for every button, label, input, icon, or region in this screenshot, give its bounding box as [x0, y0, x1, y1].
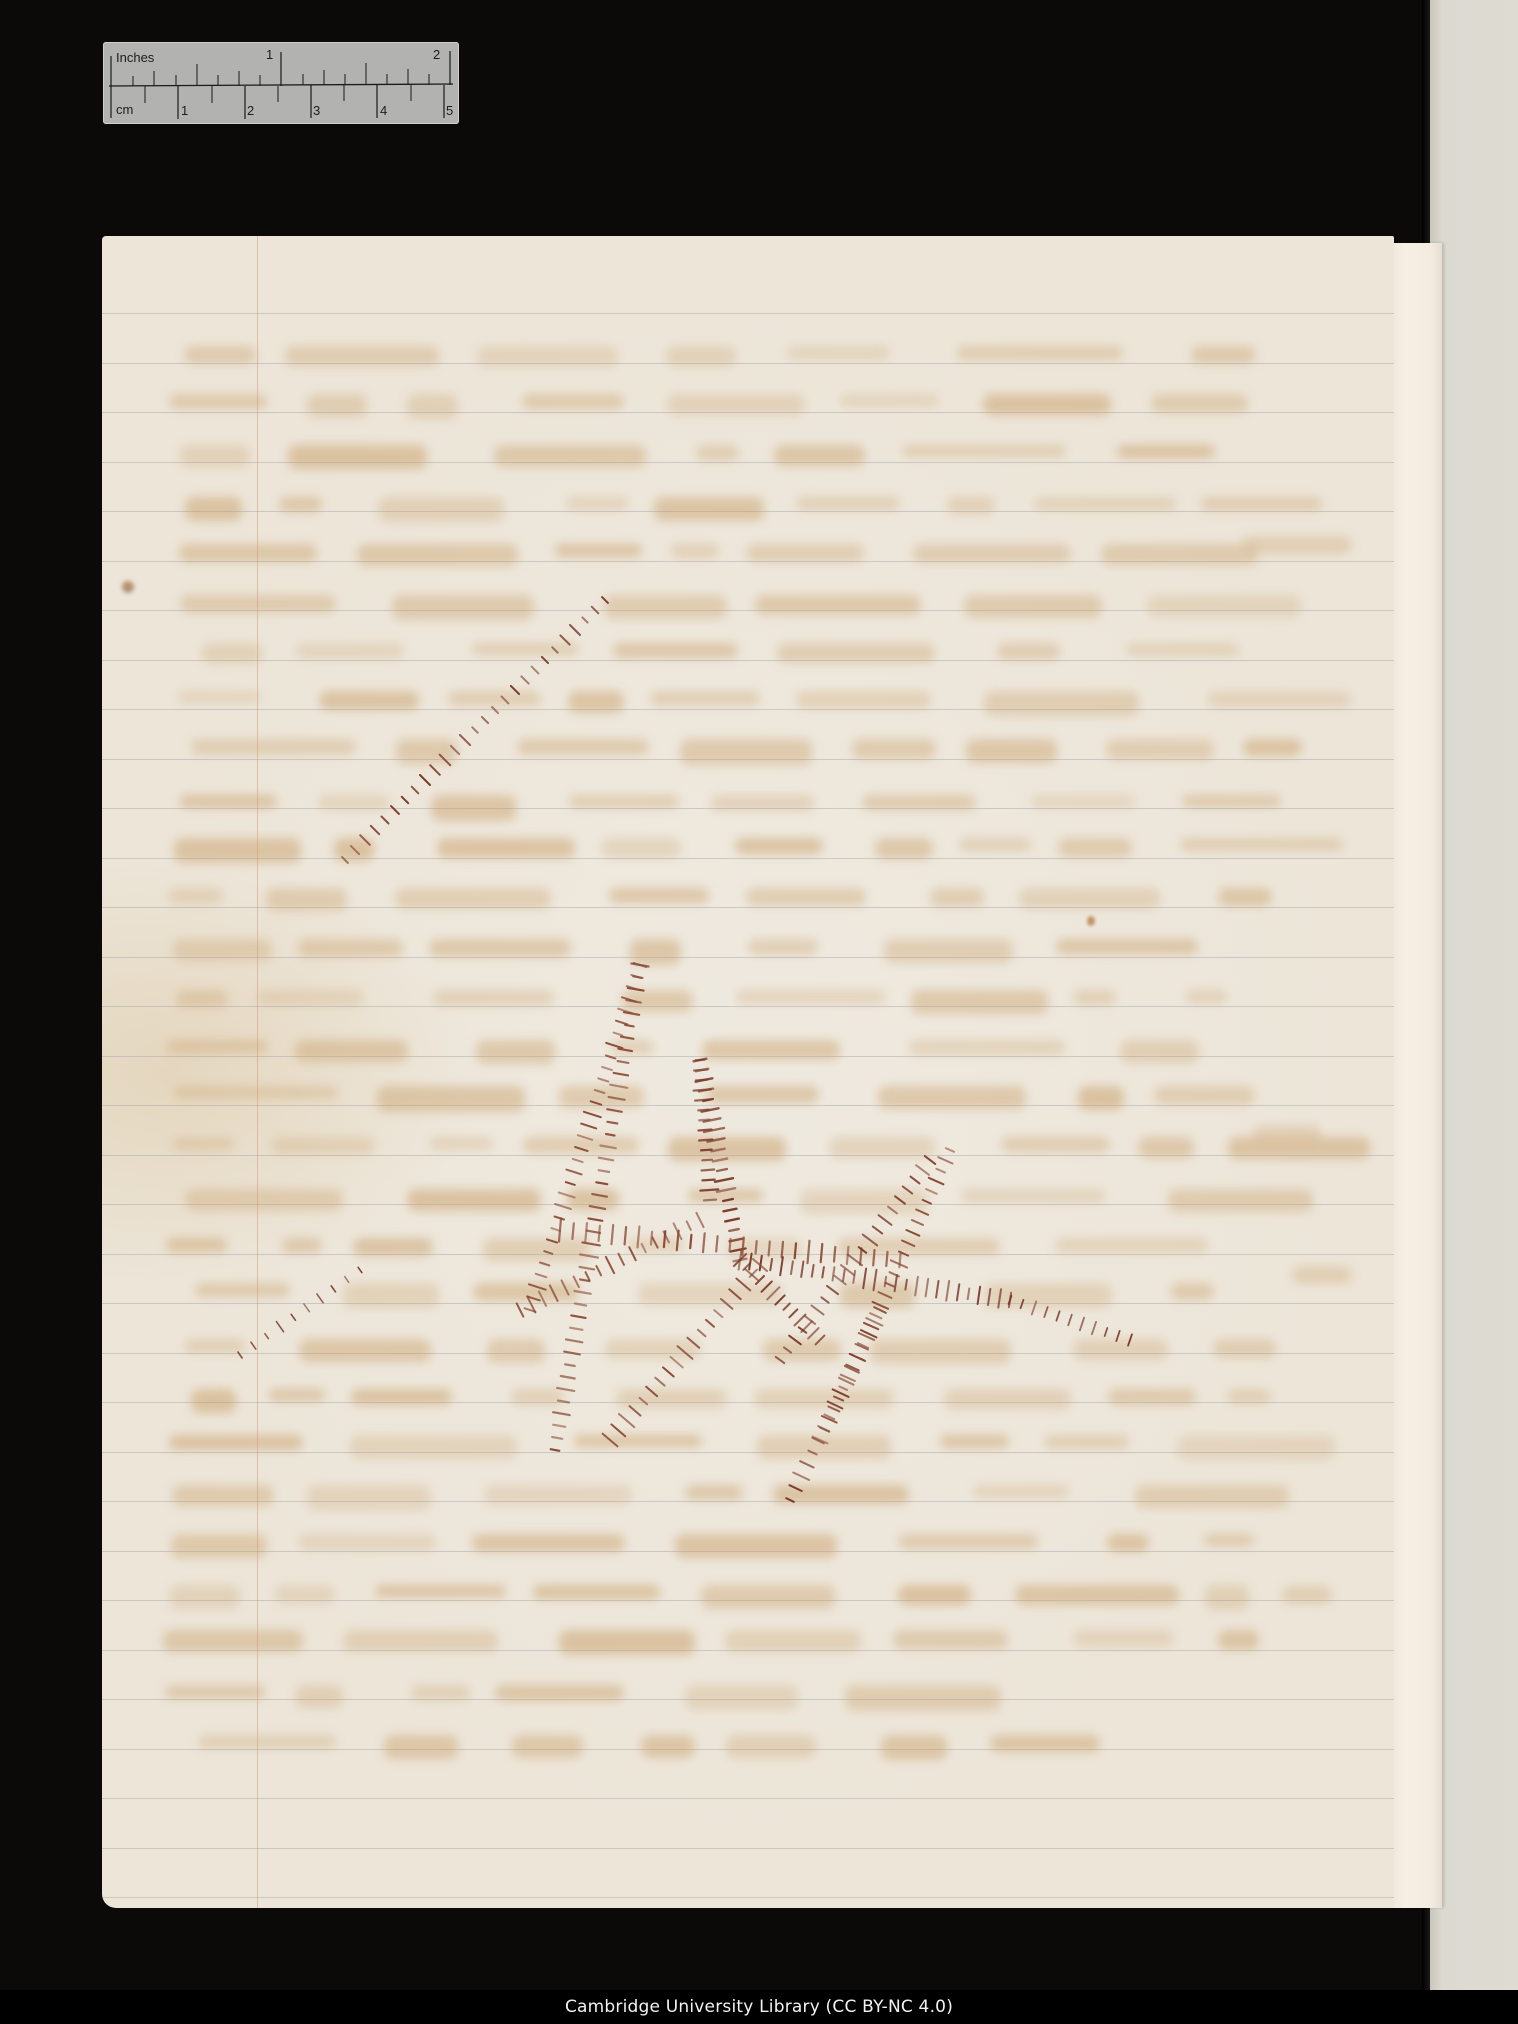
inch-mark-2: 2 — [433, 47, 440, 62]
cm-mark-3: 3 — [313, 103, 320, 118]
manuscript-page — [102, 236, 1394, 1908]
inch-mark-1: 1 — [266, 47, 273, 62]
archival-scan: Inches 1 2 cm 1 2 3 4 5 Cambridge Univer… — [0, 0, 1518, 2024]
inches-label: Inches — [116, 50, 154, 65]
credit-text: Cambridge University Library (CC BY-NC 4… — [565, 1997, 953, 2017]
mount-board — [1430, 0, 1518, 1990]
ink-sketch — [102, 236, 1394, 1908]
mount-strip — [1390, 243, 1442, 1908]
ruler-ticks — [103, 42, 459, 124]
footer: Cambridge University Library (CC BY-NC 4… — [0, 1990, 1518, 2024]
cm-mark-5: 5 — [446, 103, 453, 118]
cm-mark-1: 1 — [181, 103, 188, 118]
cm-mark-4: 4 — [380, 103, 387, 118]
scale-ruler: Inches 1 2 cm 1 2 3 4 5 — [103, 42, 459, 124]
cm-label: cm — [116, 102, 133, 117]
cm-mark-2: 2 — [247, 103, 254, 118]
